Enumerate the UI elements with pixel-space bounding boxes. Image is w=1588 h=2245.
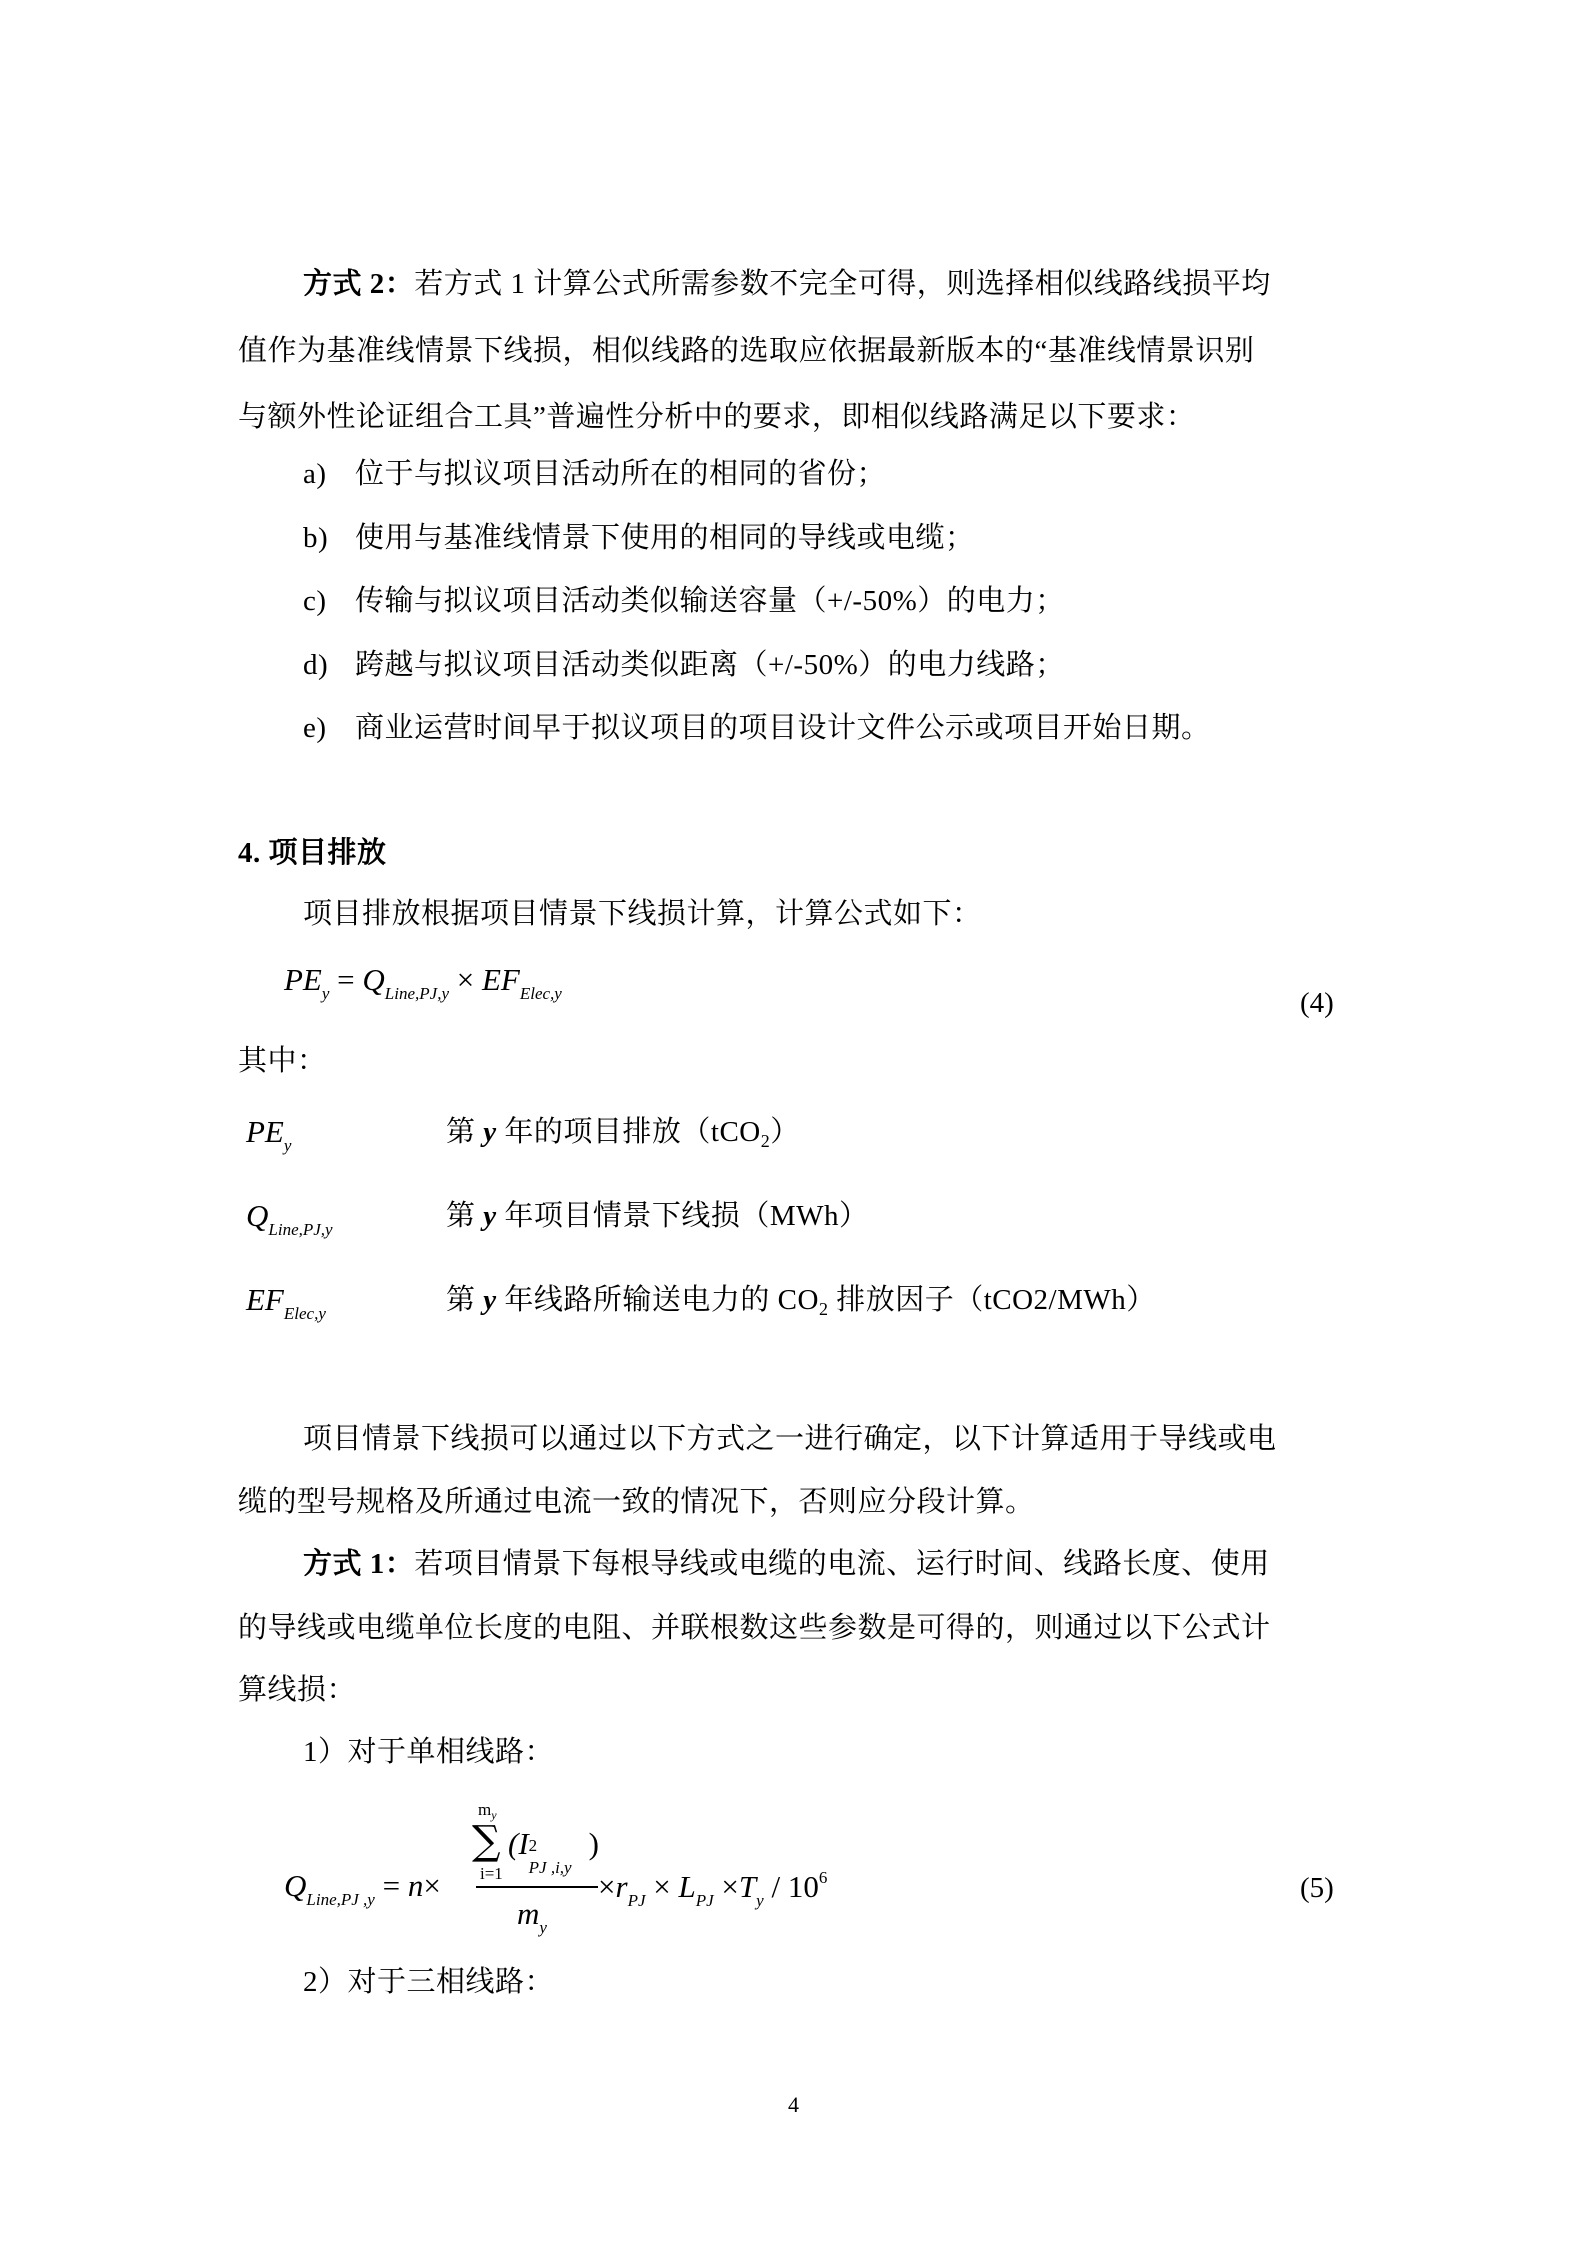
three-phase-heading: 2）对于三相线路： (303, 1968, 554, 1997)
method2-line3: 与额外性论证组合工具”普遍性分析中的要求，即相似线路满足以下要求： (238, 403, 1195, 432)
eq5-fraction-bar (476, 1886, 598, 1888)
variable-desc-ef: 第 y 年线路所输送电力的 CO2 排放因子（tCO2/MWh） (446, 1286, 1156, 1324)
equation-4-number: (4) (1300, 987, 1334, 1020)
equation-5-number: (5) (1300, 1872, 1334, 1905)
loss-para-line1: 项目情景下线损可以通过以下方式之一进行确定，以下计算适用于导线或电 (303, 1425, 1277, 1454)
section-intro: 项目排放根据项目情景下线损计算，计算公式如下： (303, 900, 982, 929)
method1-line2: 的导线或电缆单位长度的电阻、并联根数这些参数是可得的，则通过以下公式计 (238, 1614, 1271, 1643)
section-heading: 4. 项目排放 (238, 839, 387, 868)
requirement-item-e: e)商业运营时间早于拟议项目的项目设计文件公示或项目开始日期。 (303, 714, 1211, 743)
where-label: 其中： (238, 1047, 327, 1076)
page-number: 4 (788, 2092, 799, 2118)
method1-line3: 算线损： (238, 1676, 356, 1705)
eq5-current-term: (I2PJ ,i,y) (508, 1826, 599, 1862)
method2-line1: 方式 2：若方式 1 计算公式所需参数不完全可得，则选择相似线路线损平均 (303, 270, 1271, 299)
variable-desc-q: 第 y 年项目情景下线损（MWh） (446, 1202, 869, 1231)
eq5-factors: ×rPJ × LPJ ×Ty / 106 (598, 1868, 827, 1911)
eq5-lhs: QLine,PJ ,y = n× (284, 1868, 441, 1910)
requirement-item-a: a)位于与拟议项目活动所在的相同的省份； (303, 460, 886, 489)
method2-line2: 值作为基准线情景下线损，相似线路的选取应依据最新版本的“基准线情景识别 (238, 337, 1254, 366)
method1-label: 方式 1 (303, 1548, 385, 1580)
eq5-denominator: my (517, 1896, 547, 1938)
requirement-item-b: b)使用与基准线情景下使用的相同的导线或电缆； (303, 524, 975, 553)
variable-symbol-q: QLine,PJ,y (246, 1198, 333, 1240)
method2-label: 方式 2 (303, 268, 385, 300)
requirement-item-c: c)传输与拟议项目活动类似输送容量（+/-50%）的电力； (303, 587, 1065, 616)
variable-symbol-ef: EFElec,y (246, 1282, 326, 1324)
requirement-item-d: d)跨越与拟议项目活动类似距离（+/-50%）的电力线路； (303, 651, 1065, 680)
eq5-sigma: ∑ (472, 1818, 501, 1864)
eq5-sum-lower: i=1 (480, 1864, 503, 1884)
equation-4: PEy = QLine,PJ,y × EFElec,y (284, 962, 562, 1004)
variable-symbol-pe: PEy (246, 1114, 291, 1156)
single-phase-heading: 1）对于单相线路： (303, 1738, 554, 1767)
variable-desc-pe: 第 y 年的项目排放（tCO2） (446, 1118, 800, 1156)
loss-para-line2: 缆的型号规格及所通过电流一致的情况下，否则应分段计算。 (238, 1488, 1035, 1517)
method1-line1: 方式 1：若项目情景下每根导线或电缆的电流、运行时间、线路长度、使用 (303, 1550, 1270, 1579)
